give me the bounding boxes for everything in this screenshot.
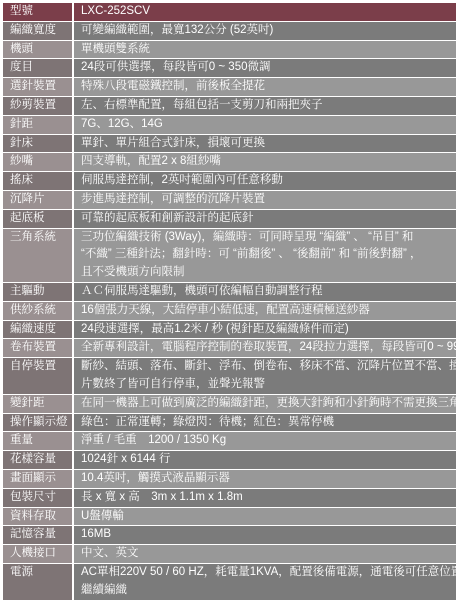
spec-value: 24段速選擇，最高1.2米 / 秒 (視針距及編織條件而定) — [74, 321, 456, 339]
spec-value-line: 全新專利設計，電腦程序控制的卷取裝置，24段拉力選擇，每段皆可0 ~ 99微調 — [81, 339, 456, 357]
spec-value: 可靠的起底板和創新設計的起底針 — [74, 210, 456, 228]
spec-row: 包裝尺寸長 x 寬 x 高 3m x 1.1m x 1.8m — [3, 489, 456, 507]
spec-value: U盤傳輸 — [74, 508, 456, 526]
spec-label: 人機接口 — [3, 545, 74, 563]
spec-row: 電源AC單相220V 50 / 60 HZ，耗電量1KVA，配置後備電源，通電後… — [3, 564, 456, 600]
spec-value-line: 24段速選擇，最高1.2米 / 秒 (視針距及編織條件而定) — [81, 321, 456, 339]
spec-row: 編織速度24段速選擇，最高1.2米 / 秒 (視針距及編織條件而定) — [3, 321, 456, 339]
spec-value-line: 斷紗、結頭、落布、斷針、浮布、倒卷布、移床不當、沉降片位置不當、撞針、 — [81, 358, 456, 376]
spec-row: 編織寬度可變編織範圍，最寬132公分 (52英吋) — [3, 22, 456, 40]
spec-value-line: 三功位編織技術 (3Way)，編織時：可同時呈現 “編織” 、 “吊目” 和 — [81, 229, 456, 247]
spec-label: 花樣容量 — [3, 451, 74, 469]
spec-value: 16MB — [74, 526, 456, 544]
spec-value: 長 x 寬 x 高 3m x 1.1m x 1.8m — [74, 489, 456, 507]
spec-value-line: 繼續編織 — [81, 582, 456, 600]
spec-label: 重量 — [3, 432, 74, 450]
spec-label: 紗嘴 — [3, 153, 74, 171]
spec-label: 供紗系統 — [3, 302, 74, 320]
spec-row: 起底板可靠的起底板和創新設計的起底針 — [3, 210, 456, 228]
spec-value-line: 單機頭雙系統 — [81, 41, 456, 59]
spec-label: 包裝尺寸 — [3, 489, 74, 507]
spec-value-line: 7G、12G、14G — [81, 116, 456, 134]
spec-value: 中文、英文 — [74, 545, 456, 563]
spec-value: ＡＣ伺服馬達驅動，機頭可依編幅自動調整行程 — [74, 283, 456, 301]
spec-value-line: 片數終了皆可自行停車，並聲光報警 — [81, 376, 456, 394]
spec-label: 編織寬度 — [3, 22, 74, 40]
spec-label: 選針裝置 — [3, 78, 74, 96]
spec-row: 人機接口中文、英文 — [3, 545, 456, 563]
spec-row: 資料存取U盤傳輸 — [3, 508, 456, 526]
spec-row: 度目24段可供選擇，每段皆可0 ~ 350微調 — [3, 59, 456, 77]
spec-table: 型號LXC-252SCV編織寬度可變編織範圍，最寬132公分 (52英吋)機頭單… — [3, 3, 456, 600]
spec-row: 選針裝置特殊八段電磁鐵控制，前後板全提花 — [3, 78, 456, 96]
spec-value-line: 淨重 / 毛重 1200 / 1350 Kg — [81, 432, 456, 450]
spec-value-line: 在同一機器上可做到廣泛的編織針距，更換大針鉤和小針鉤時不需更換三角 — [81, 395, 456, 413]
spec-value: 特殊八段電磁鐵控制，前後板全提花 — [74, 78, 456, 96]
spec-row: 供紗系統16個張力天線，大結停車小結低速，配置高速積極送紗器 — [3, 302, 456, 320]
spec-row: 紗剪裝置左、右標準配置，每組包括一支剪刀和兩把夾子 — [3, 97, 456, 115]
spec-row: 機頭單機頭雙系統 — [3, 41, 456, 59]
spec-value-line: U盤傳輸 — [81, 508, 456, 526]
spec-label: 型號 — [3, 3, 74, 21]
spec-value: 步進馬達控制，可調整的沉降片裝置 — [74, 191, 456, 209]
spec-label: 沉降片 — [3, 191, 74, 209]
spec-value-line: ＡＣ伺服馬達驅動，機頭可依編幅自動調整行程 — [81, 283, 456, 301]
spec-label: 度目 — [3, 59, 74, 77]
spec-value-line: 長 x 寬 x 高 3m x 1.1m x 1.8m — [81, 489, 456, 507]
spec-value: 左、右標準配置，每組包括一支剪刀和兩把夾子 — [74, 97, 456, 115]
spec-value-line: 16個張力天線，大結停車小結低速，配置高速積極送紗器 — [81, 302, 456, 320]
spec-value: AC單相220V 50 / 60 HZ，耗電量1KVA，配置後備電源，通電後可任… — [74, 564, 456, 600]
spec-value-line: LXC-252SCV — [81, 3, 456, 21]
spec-value: 淨重 / 毛重 1200 / 1350 Kg — [74, 432, 456, 450]
spec-value: 1024針 x 6144 行 — [74, 451, 456, 469]
spec-value-line: 伺服馬達控制，2英吋範圍內可任意移動 — [81, 172, 456, 190]
spec-value: 可變編織範圍，最寬132公分 (52英吋) — [74, 22, 456, 40]
spec-label: 電源 — [3, 564, 74, 600]
spec-label: 搖床 — [3, 172, 74, 190]
spec-row: 變針距在同一機器上可做到廣泛的編織針距，更換大針鉤和小針鉤時不需更換三角 — [3, 395, 456, 413]
spec-row: 紗嘴四支導軌，配置2 x 8組紗嘴 — [3, 153, 456, 171]
spec-row: 自停裝置斷紗、結頭、落布、斷針、浮布、倒卷布、移床不當、沉降片位置不當、撞針、片… — [3, 358, 456, 394]
spec-value: 全新專利設計，電腦程序控制的卷取裝置，24段拉力選擇，每段皆可0 ~ 99微調 — [74, 339, 456, 357]
spec-value: 7G、12G、14G — [74, 116, 456, 134]
spec-label: 畫面顯示 — [3, 470, 74, 488]
spec-value-line: 單針、單片組合式針床，損壞可更換 — [81, 135, 456, 153]
spec-label: 針距 — [3, 116, 74, 134]
spec-value: 在同一機器上可做到廣泛的編織針距，更換大針鉤和小針鉤時不需更換三角 — [74, 395, 456, 413]
spec-value-line: 且不受機頭方向限制 — [81, 264, 456, 282]
spec-label: 資料存取 — [3, 508, 74, 526]
spec-value-line: 24段可供選擇，每段皆可0 ~ 350微調 — [81, 59, 456, 77]
spec-row: 重量淨重 / 毛重 1200 / 1350 Kg — [3, 432, 456, 450]
spec-row: 操作顯示燈綠色：正常運轉；綠燈閃：待機；紅色：異常停機 — [3, 414, 456, 432]
spec-label: 起底板 — [3, 210, 74, 228]
spec-value: 三功位編織技術 (3Way)，編織時：可同時呈現 “編織” 、 “吊目” 和“不… — [74, 229, 456, 282]
spec-value: 綠色：正常運轉；綠燈閃：待機；紅色：異常停機 — [74, 414, 456, 432]
spec-value-line: 四支導軌，配置2 x 8組紗嘴 — [81, 153, 456, 171]
spec-value-line: 16MB — [81, 526, 456, 544]
spec-value-line: 中文、英文 — [81, 545, 456, 563]
spec-label: 紗剪裝置 — [3, 97, 74, 115]
spec-value-line: 可靠的起底板和創新設計的起底針 — [81, 210, 456, 228]
spec-label: 記憶容量 — [3, 526, 74, 544]
spec-value-line: “不織” 三種針法；翻針時：可 “前翻後” 、 “後翻前” 和 “前後對翻” ， — [81, 246, 456, 264]
spec-label: 機頭 — [3, 41, 74, 59]
spec-value-line: 1024針 x 6144 行 — [81, 451, 456, 469]
spec-header-row: 型號LXC-252SCV — [3, 3, 456, 21]
spec-row: 三角系統三功位編織技術 (3Way)，編織時：可同時呈現 “編織” 、 “吊目”… — [3, 229, 456, 282]
spec-label: 編織速度 — [3, 321, 74, 339]
spec-value: 24段可供選擇，每段皆可0 ~ 350微調 — [74, 59, 456, 77]
spec-row: 花樣容量1024針 x 6144 行 — [3, 451, 456, 469]
spec-row: 針距7G、12G、14G — [3, 116, 456, 134]
spec-label: 操作顯示燈 — [3, 414, 74, 432]
spec-row: 針床單針、單片組合式針床，損壞可更換 — [3, 135, 456, 153]
spec-row: 主驅動ＡＣ伺服馬達驅動，機頭可依編幅自動調整行程 — [3, 283, 456, 301]
spec-row: 沉降片步進馬達控制，可調整的沉降片裝置 — [3, 191, 456, 209]
spec-label: 主驅動 — [3, 283, 74, 301]
spec-value-line: 10.4英吋，觸摸式液晶顯示器 — [81, 470, 456, 488]
spec-value: 伺服馬達控制，2英吋範圍內可任意移動 — [74, 172, 456, 190]
spec-value-line: 特殊八段電磁鐵控制，前後板全提花 — [81, 78, 456, 96]
spec-label: 針床 — [3, 135, 74, 153]
spec-value: 16個張力天線，大結停車小結低速，配置高速積極送紗器 — [74, 302, 456, 320]
spec-value: 斷紗、結頭、落布、斷針、浮布、倒卷布、移床不當、沉降片位置不當、撞針、片數終了皆… — [74, 358, 456, 394]
spec-value-line: 綠色：正常運轉；綠燈閃：待機；紅色：異常停機 — [81, 414, 456, 432]
spec-value: 單針、單片組合式針床，損壞可更換 — [74, 135, 456, 153]
spec-value: 四支導軌，配置2 x 8組紗嘴 — [74, 153, 456, 171]
spec-label: 變針距 — [3, 395, 74, 413]
spec-row: 搖床伺服馬達控制，2英吋範圍內可任意移動 — [3, 172, 456, 190]
spec-label: 自停裝置 — [3, 358, 74, 394]
spec-row: 記憶容量16MB — [3, 526, 456, 544]
spec-value-line: AC單相220V 50 / 60 HZ，耗電量1KVA，配置後備電源，通電後可任… — [81, 564, 456, 582]
spec-value-line: 步進馬達控制，可調整的沉降片裝置 — [81, 191, 456, 209]
spec-value-line: 可變編織範圍，最寬132公分 (52英吋) — [81, 22, 456, 40]
spec-value: 10.4英吋，觸摸式液晶顯示器 — [74, 470, 456, 488]
spec-label: 三角系統 — [3, 229, 74, 282]
spec-label: 卷布裝置 — [3, 339, 74, 357]
spec-value-line: 左、右標準配置，每組包括一支剪刀和兩把夾子 — [81, 97, 456, 115]
spec-value: LXC-252SCV — [74, 3, 456, 21]
spec-value: 單機頭雙系統 — [74, 41, 456, 59]
spec-row: 卷布裝置全新專利設計，電腦程序控制的卷取裝置，24段拉力選擇，每段皆可0 ~ 9… — [3, 339, 456, 357]
spec-row: 畫面顯示10.4英吋，觸摸式液晶顯示器 — [3, 470, 456, 488]
